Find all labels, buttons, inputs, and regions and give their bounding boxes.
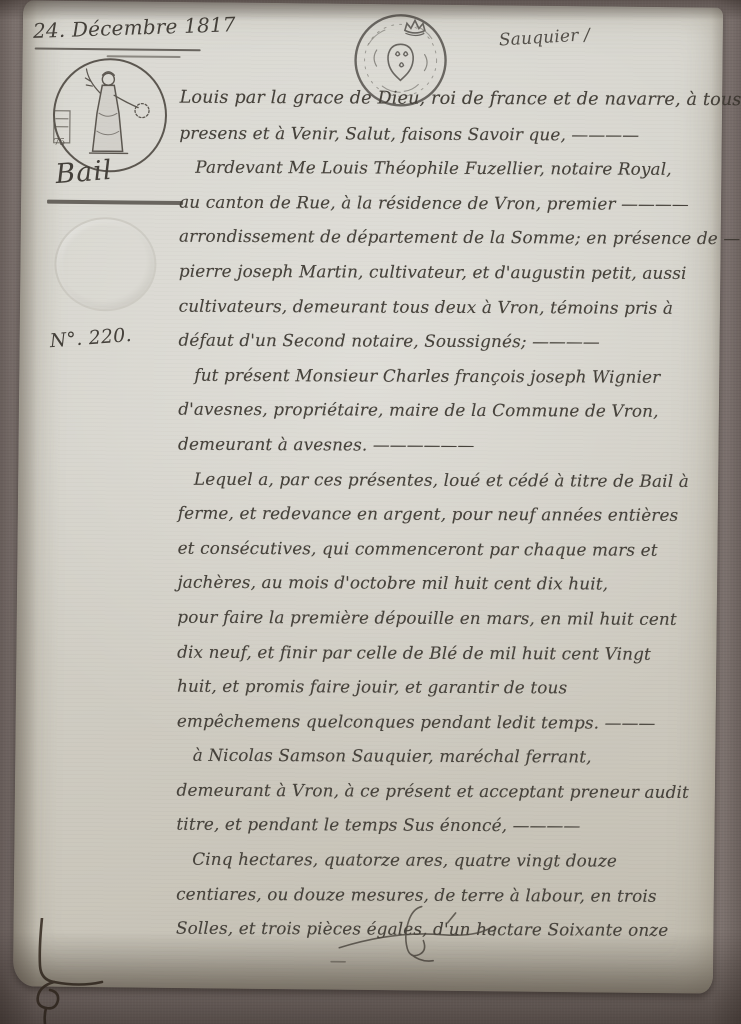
heading-underline xyxy=(47,200,183,205)
body-line: demeurant à Vron, à ce présent et accept… xyxy=(176,780,724,817)
scanned-manuscript-page: 24. Décembre 1817 Sauquier / xyxy=(0,0,741,1024)
blind-embossed-seal xyxy=(54,217,157,312)
body-line: Louis par la grace de Dieu, roi de franc… xyxy=(179,88,727,125)
body-line: Lequel a, par ces présentes, loué et céd… xyxy=(178,468,726,505)
doc-type-heading: Bail xyxy=(54,155,113,190)
body-line: Cinq hectares, quatorze ares, quatre vin… xyxy=(176,849,724,886)
filing-annotation: Sauquier / xyxy=(498,25,590,50)
vignette-value-label: 75 xyxy=(54,138,66,148)
body-line: titre, et pendant le temps Sus énoncé, —… xyxy=(176,814,724,851)
act-number: N°. 220. xyxy=(49,324,133,352)
body-line: pour faire la première dépouille en mars… xyxy=(177,607,725,644)
paper-sheet: 24. Décembre 1817 Sauquier / xyxy=(13,0,723,993)
body-line: à Nicolas Samson Sauquier, maréchal ferr… xyxy=(177,745,725,782)
body-line: huit, et promis faire jouir, et garantir… xyxy=(177,676,725,713)
body-line: dix neuf, et finir par celle de Blé de m… xyxy=(177,641,725,678)
manuscript-body: Louis par la grace de Dieu, roi de franc… xyxy=(176,88,728,955)
body-line: fut présent Monsieur Charles françois jo… xyxy=(178,364,726,401)
date-annotation: 24. Décembre 1817 xyxy=(33,12,237,43)
body-line: cultivateurs, demeurant tous deux à Vron… xyxy=(179,295,727,332)
body-line: arrondissement de département de la Somm… xyxy=(179,226,727,263)
date-underline xyxy=(35,47,201,51)
body-line: pierre joseph Martin, cultivateur, et d'… xyxy=(179,261,727,298)
body-line: jachères, au mois d'octobre mil huit cen… xyxy=(177,572,725,609)
body-line: demeurant à avesnes. —————— xyxy=(178,434,726,471)
body-line: au canton de Rue, à la résidence de Vron… xyxy=(179,191,727,228)
body-line: défaut d'un Second notaire, Soussignés; … xyxy=(178,330,726,367)
body-line: empêchemens quelconques pendant ledit te… xyxy=(177,710,725,747)
body-line: et consécutives, qui commenceront par ch… xyxy=(178,537,726,574)
body-line: ferme, et redevance en argent, pour neuf… xyxy=(178,503,726,540)
binding-thread xyxy=(16,918,146,1024)
body-line: presens et à Venir, Salut, faisons Savoi… xyxy=(179,122,727,159)
paraph-flourish-icon xyxy=(325,900,508,974)
body-line: Pardevant Me Louis Théophile Fuzellier, … xyxy=(179,157,727,194)
body-line: d'avesnes, propriétaire, maire de la Com… xyxy=(178,399,726,436)
